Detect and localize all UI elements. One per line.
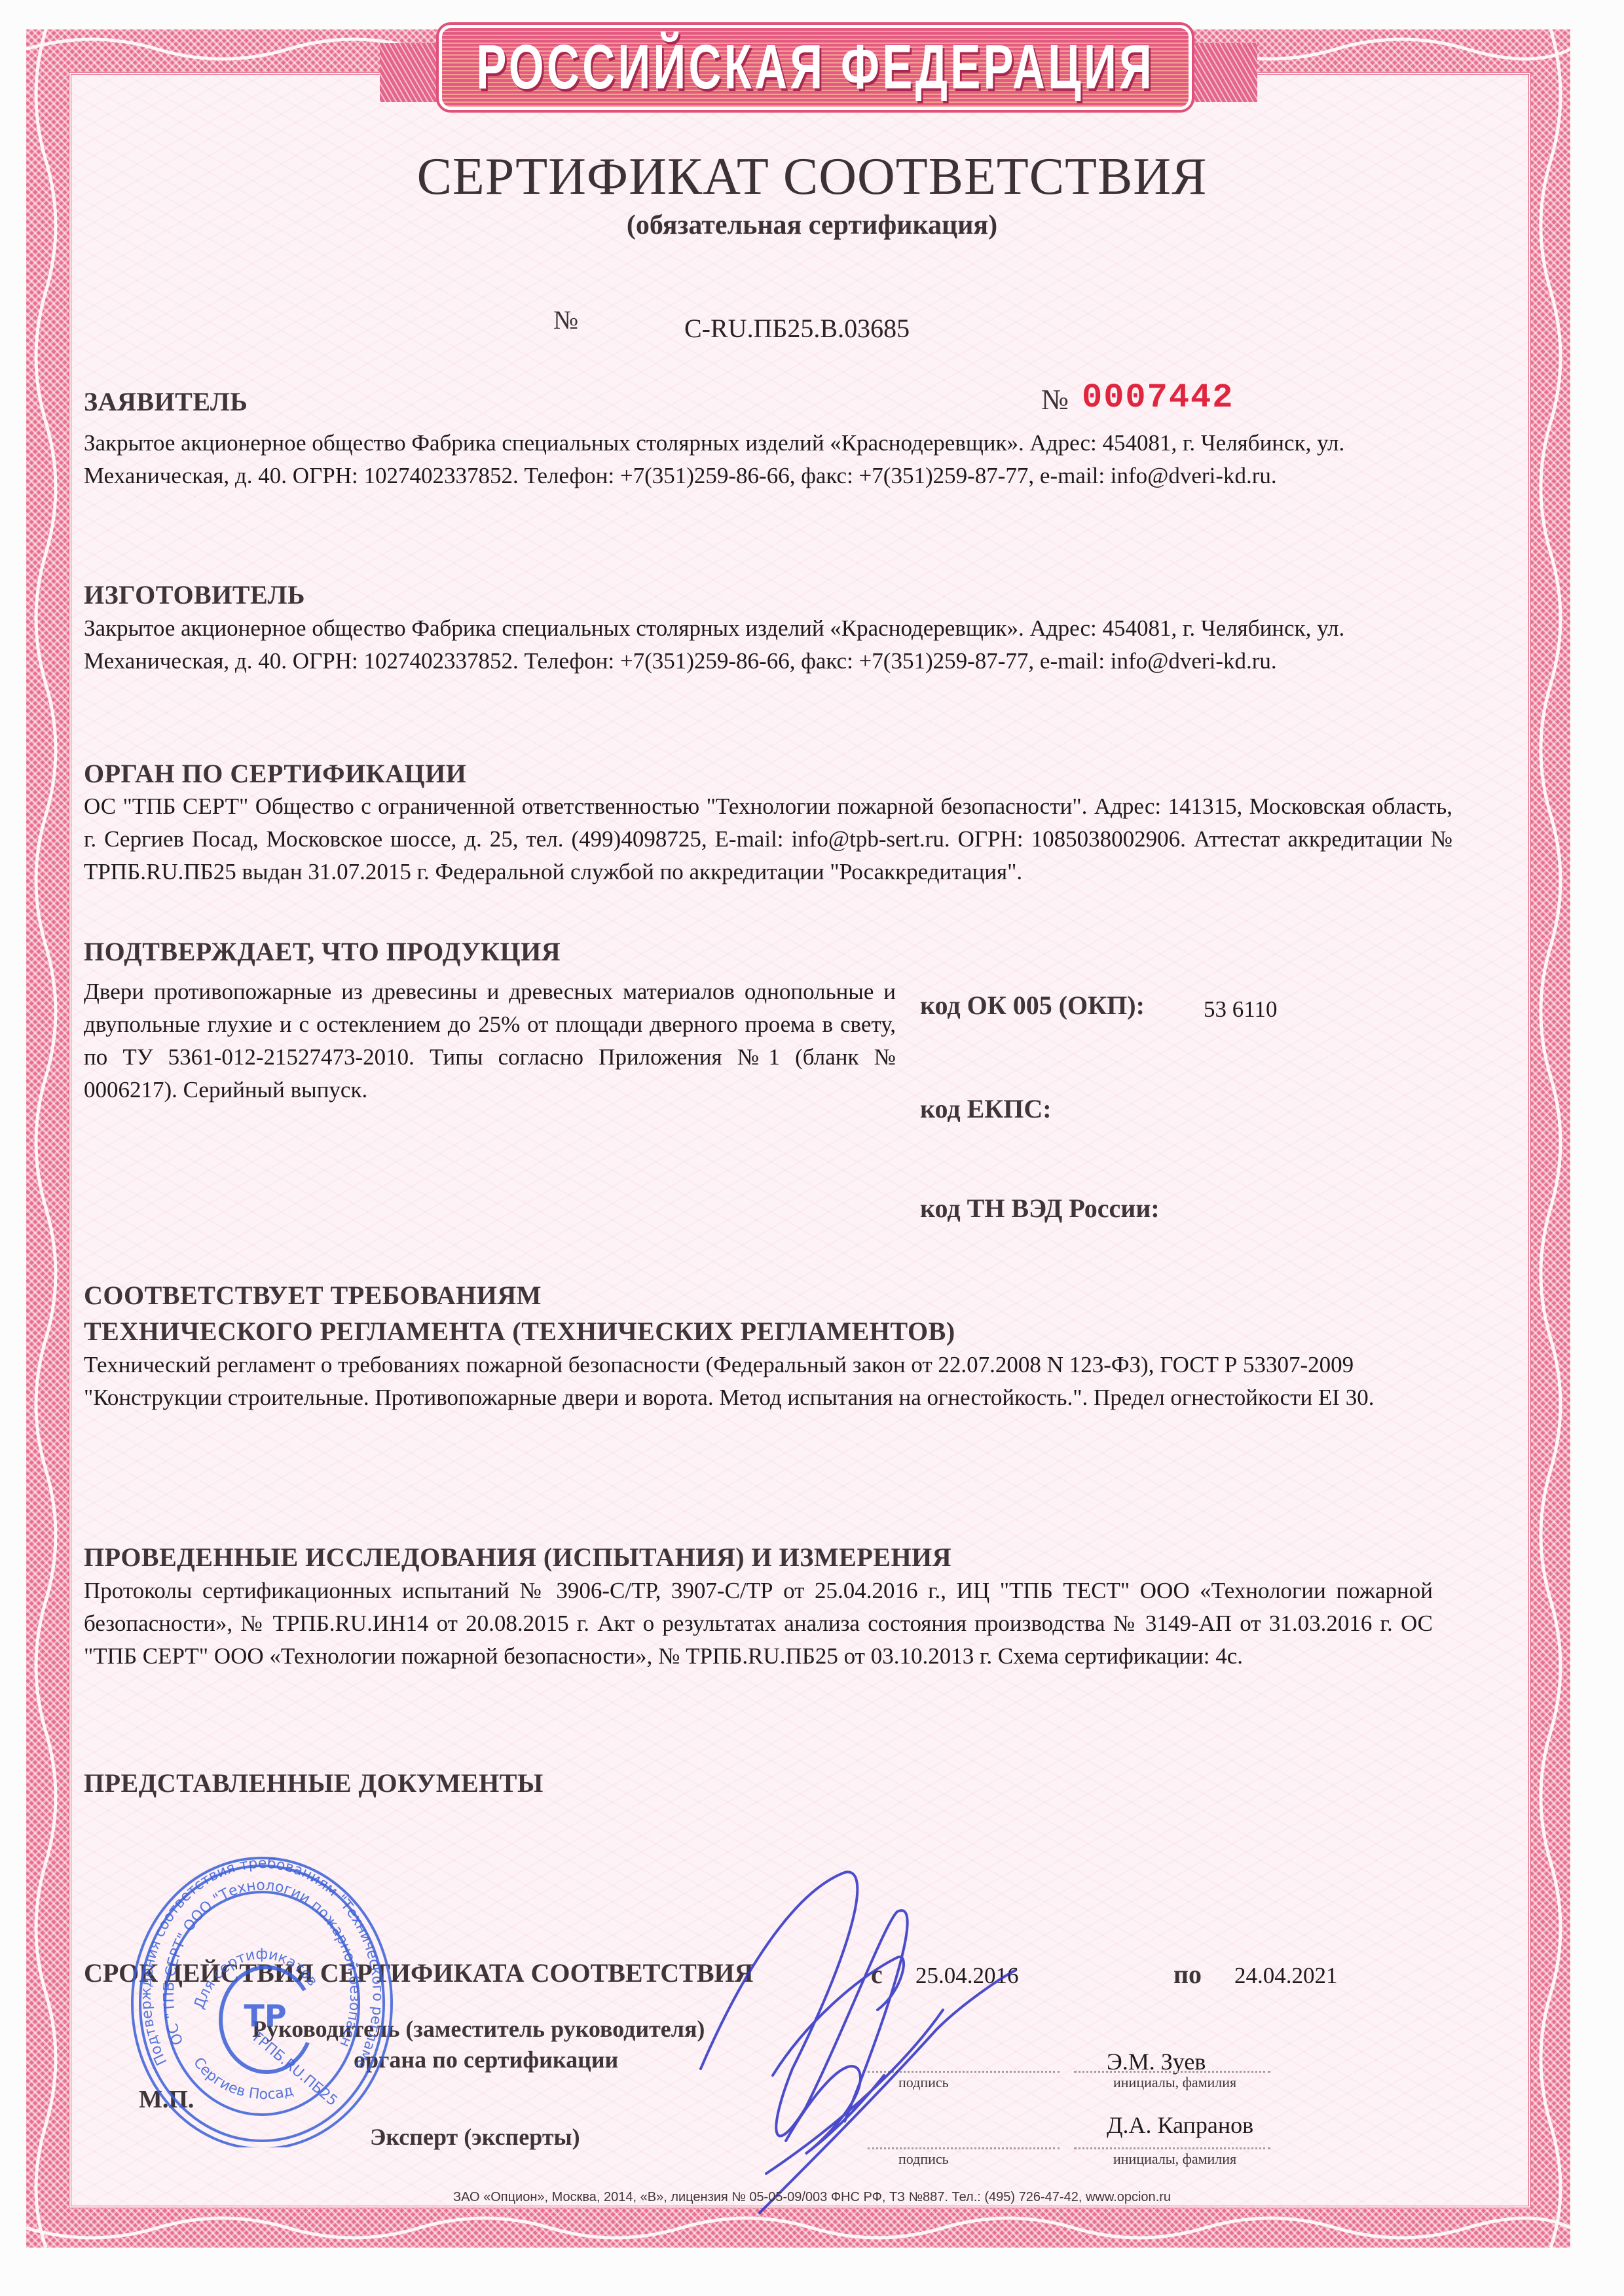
manufacturer-heading: ИЗГОТОВИТЕЛЬ: [84, 579, 305, 610]
expert-name-caption: инициалы, фамилия: [1113, 2151, 1236, 2168]
certificate-number-sign: №: [553, 304, 578, 335]
validity-to-date: 24.04.2021: [1234, 1963, 1338, 1989]
product-heading: ПОДТВЕРЖДАЕТ, ЧТО ПРОДУКЦИЯ: [84, 936, 561, 967]
banner-plate: РОССИЙСКАЯ ФЕДЕРАЦИЯ: [439, 25, 1192, 110]
country-banner: РОССИЙСКАЯ ФЕДЕРАЦИЯ: [419, 18, 1218, 117]
blank-number-sign: №: [1041, 383, 1069, 416]
head-name-caption: инициалы, фамилия: [1113, 2074, 1236, 2091]
validity-label: СРОК ДЕЙСТВИЯ СЕРТИФИКАТА СООТВЕТСТВИЯ: [84, 1958, 754, 1988]
product-description: Двери противопожарные из древесины и дре…: [84, 975, 896, 1106]
tests-heading: ПРОВЕДЕННЫЕ ИССЛЕДОВАНИЯ (ИСПЫТАНИЯ) И И…: [84, 1542, 951, 1573]
banner-text: РОССИЙСКАЯ ФЕДЕРАЦИЯ: [476, 31, 1154, 103]
expert-name-line: [1074, 2147, 1270, 2149]
head-role-line2: органа по сертификации: [354, 2046, 618, 2073]
validity-from-word: с: [871, 1959, 883, 1990]
certificate-number: C-RU.ПБ25.В.03685: [684, 313, 910, 344]
certification-body-details: ОС "ТПБ СЕРТ" Общество с ограниченной от…: [84, 790, 1452, 888]
validity-to-word: по: [1173, 1959, 1202, 1990]
document-title: СЕРТИФИКАТ СООТВЕТСТВИЯ: [0, 147, 1624, 207]
expert-signature-caption: подпись: [898, 2151, 949, 2168]
okp-code-label: код ОК 005 (ОКП):: [920, 990, 1145, 1021]
seal-place-mark: М.П.: [139, 2085, 194, 2114]
requirements-heading: СООТВЕТСТВУЕТ ТРЕБОВАНИЯМ: [84, 1280, 542, 1311]
certificate-paper: [69, 72, 1531, 2208]
tests-details: Протоколы сертификационных испытаний № 3…: [84, 1575, 1433, 1673]
ekps-code-label: код ЕКПС:: [920, 1093, 1052, 1124]
manufacturer-details: Закрытое акционерное общество Фабрика сп…: [84, 612, 1452, 678]
expert-role: Эксперт (эксперты): [370, 2123, 580, 2151]
head-name-line: [1074, 2071, 1270, 2073]
requirements-subheading: ТЕХНИЧЕСКОГО РЕГЛАМЕНТА (ТЕХНИЧЕСКИХ РЕГ…: [84, 1316, 955, 1347]
head-role-line1: Руководитель (заместитель руководителя): [252, 2015, 705, 2043]
applicant-details: Закрытое акционерное общество Фабрика сп…: [84, 427, 1452, 492]
documents-heading: ПРЕДСТАВЛЕННЫЕ ДОКУМЕНТЫ: [84, 1768, 544, 1798]
document-subtitle: (обязательная сертификация): [0, 210, 1624, 241]
validity-from-date: 25.04.2016: [915, 1963, 1019, 1989]
printer-imprint: ЗАО «Опцион», Москва, 2014, «В», лицензи…: [0, 2190, 1624, 2205]
head-signature-line: [868, 2071, 1060, 2073]
certification-body-heading: ОРГАН ПО СЕРТИФИКАЦИИ: [84, 758, 466, 789]
tnved-code-label: код ТН ВЭД России:: [920, 1193, 1160, 1224]
blank-serial-number: 0007442: [1082, 378, 1234, 417]
expert-name: Д.А. Капранов: [1107, 2111, 1253, 2139]
okp-code-value: 53 6110: [1204, 996, 1277, 1023]
requirements-details: Технический регламент о требованиях пожа…: [84, 1349, 1426, 1414]
head-signature-caption: подпись: [898, 2074, 949, 2091]
applicant-heading: ЗАЯВИТЕЛЬ: [84, 386, 248, 417]
expert-signature-line: [868, 2147, 1060, 2149]
